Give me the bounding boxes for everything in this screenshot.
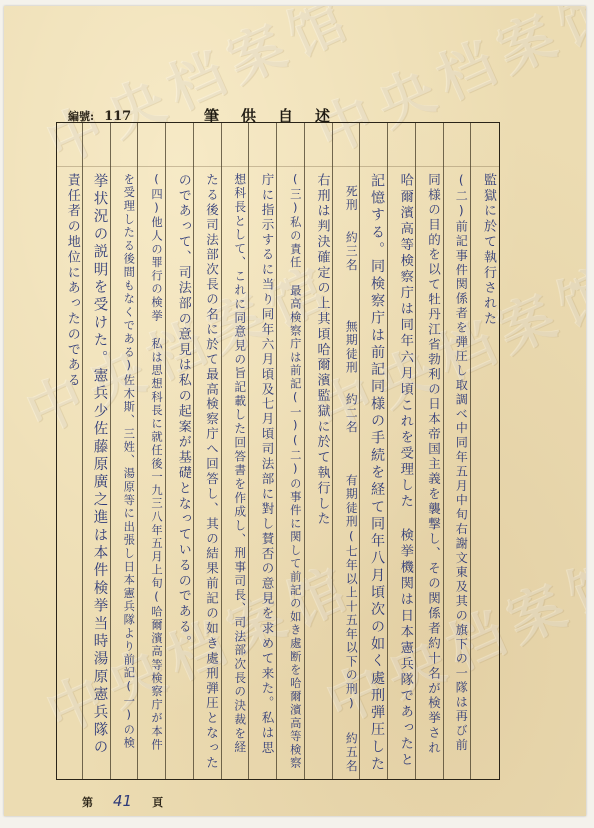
handwritten-line: 右刑は判決確定の上其頃哈爾濱監獄に於て執行した [308, 173, 329, 527]
handwritten-line: (二)前記事件関係者を弾圧し取調べ中同年五月中旬右謝文東及其の旗下の一隊は再び前 [447, 173, 468, 753]
manuscript-column: 右刑は判決確定の上其頃哈爾濱監獄に於て執行した [304, 123, 332, 779]
handwritten-line: 死刑約三名無期徒刑約二名有期徒刑(七年以上十五年以下の刑)約五名 [336, 185, 357, 773]
sentence-entry: 死刑 [344, 185, 356, 213]
handwritten-line: (四)他人の罪行の検挙 私は思想科長に就任後一九三八年五月上旬(哈爾濱高等検察庁… [141, 173, 162, 752]
manuscript-column: を受理したる後間もなくである)佐木斯、三姓、湯原等に出張し日本憲兵隊より前記(一… [110, 123, 138, 779]
handwritten-line: 想科長として、これに同意見の旨記載した回答書を作成し、刑事司長、司法部次長の決裁… [225, 173, 246, 755]
manuscript-column: たる後司法部次長の名に於て最高検察庁へ回答し、其の結果前記の如き處刑弾圧となった [193, 123, 221, 779]
sentence-entry: 約五名 [344, 732, 356, 773]
manuscript-column: 挙状況の説明を受けた。憲兵少佐藤原廣之進は本件検挙当時湯原憲兵隊の [82, 123, 110, 779]
handwritten-line: 挙状況の説明を受けた。憲兵少佐藤原廣之進は本件検挙当時湯原憲兵隊の [86, 173, 107, 757]
manuscript-column: のであって、司法部の意見は私の起案が基礎となっているのである。 [165, 123, 193, 779]
handwritten-line: 記憶する。同検察庁は前記同様の手続を経て同年八月頃次の如く處刑弾圧した [363, 173, 384, 773]
handwritten-line: 庁に指示するに当り同年六月頃及七月頃司法部に對し賛否の意見を求めて来た。私は思 [252, 173, 273, 756]
sentence-entry: 約二名 [344, 393, 356, 434]
manuscript-column: 責任者の地位にあったのである [54, 123, 82, 779]
manuscript-column: 記憶する。同検察庁は前記同様の手続を経て同年八月頃次の如く處刑弾圧した [359, 123, 387, 779]
manuscript-column: 哈爾濱高等検察庁は同年六月頃これを受理した 検挙機関は日本憲兵隊であったと [387, 123, 415, 779]
page-number-value: 41 [113, 792, 132, 810]
page-number: 第41頁 [82, 792, 163, 810]
page-suffix: 頁 [152, 796, 163, 809]
handwritten-line: 責任者の地位にあったのである [57, 173, 79, 389]
manuscript-column: 監獄に於て執行された [470, 123, 498, 779]
handwritten-line: のであって、司法部の意見は私の起案が基礎となっているのである。 [169, 173, 190, 650]
handwritten-line: たる後司法部次長の名に於て最高検察庁へ回答し、其の結果前記の如き處刑弾圧となった [197, 173, 218, 771]
handwritten-line: (三)私の責任 最高検察庁は前記(一)(二)の事件に関して前記の如き處断を哈爾濱… [280, 173, 301, 770]
manuscript-grid: 監獄に於て執行された(二)前記事件関係者を弾圧し取調べ中同年五月中旬右謝文東及其… [56, 122, 500, 780]
manuscript-column: 同様の目的を以て牡丹江省勃利の日本帝国主義を襲撃し、その関係者約十名が検挙され [415, 123, 443, 779]
manuscript-column: 想科長として、これに同意見の旨記載した回答書を作成し、刑事司長、司法部次長の決裁… [221, 123, 249, 779]
archive-document-page: 中央档案馆 中央档案馆 中央档案馆 中央档案馆 中央档案馆 中央档案馆 編號:1… [4, 6, 586, 816]
sentence-entry: 有期徒刑(七年以上十五年以下の刑) [344, 474, 356, 712]
sentence-entry: 無期徒刑 [344, 320, 356, 375]
manuscript-column: 死刑約三名無期徒刑約二名有期徒刑(七年以上十五年以下の刑)約五名 [332, 123, 360, 779]
handwritten-line: 哈爾濱高等検察庁は同年六月頃これを受理した 検挙機関は日本憲兵隊であったと [391, 173, 412, 769]
handwritten-line: を受理したる後間もなくである)佐木斯、三姓、湯原等に出張し日本憲兵隊より前記(一… [114, 173, 135, 750]
manuscript-column: (三)私の責任 最高検察庁は前記(一)(二)の事件に関して前記の如き處断を哈爾濱… [276, 123, 304, 779]
page-prefix: 第 [82, 796, 93, 809]
manuscript-column: 庁に指示するに当り同年六月頃及七月頃司法部に對し賛否の意見を求めて来た。私は思 [248, 123, 276, 779]
sentence-entry: 約三名 [344, 231, 356, 272]
manuscript-column: (四)他人の罪行の検挙 私は思想科長に就任後一九三八年五月上旬(哈爾濱高等検察庁… [137, 123, 165, 779]
handwritten-line: 監獄に於て執行された [474, 173, 495, 327]
handwritten-line: 同様の目的を以て牡丹江省勃利の日本帝国主義を襲撃し、その関係者約十名が検挙され [419, 173, 440, 756]
manuscript-column: (二)前記事件関係者を弾圧し取調べ中同年五月中旬右謝文東及其の旗下の一隊は再び前 [443, 123, 471, 779]
